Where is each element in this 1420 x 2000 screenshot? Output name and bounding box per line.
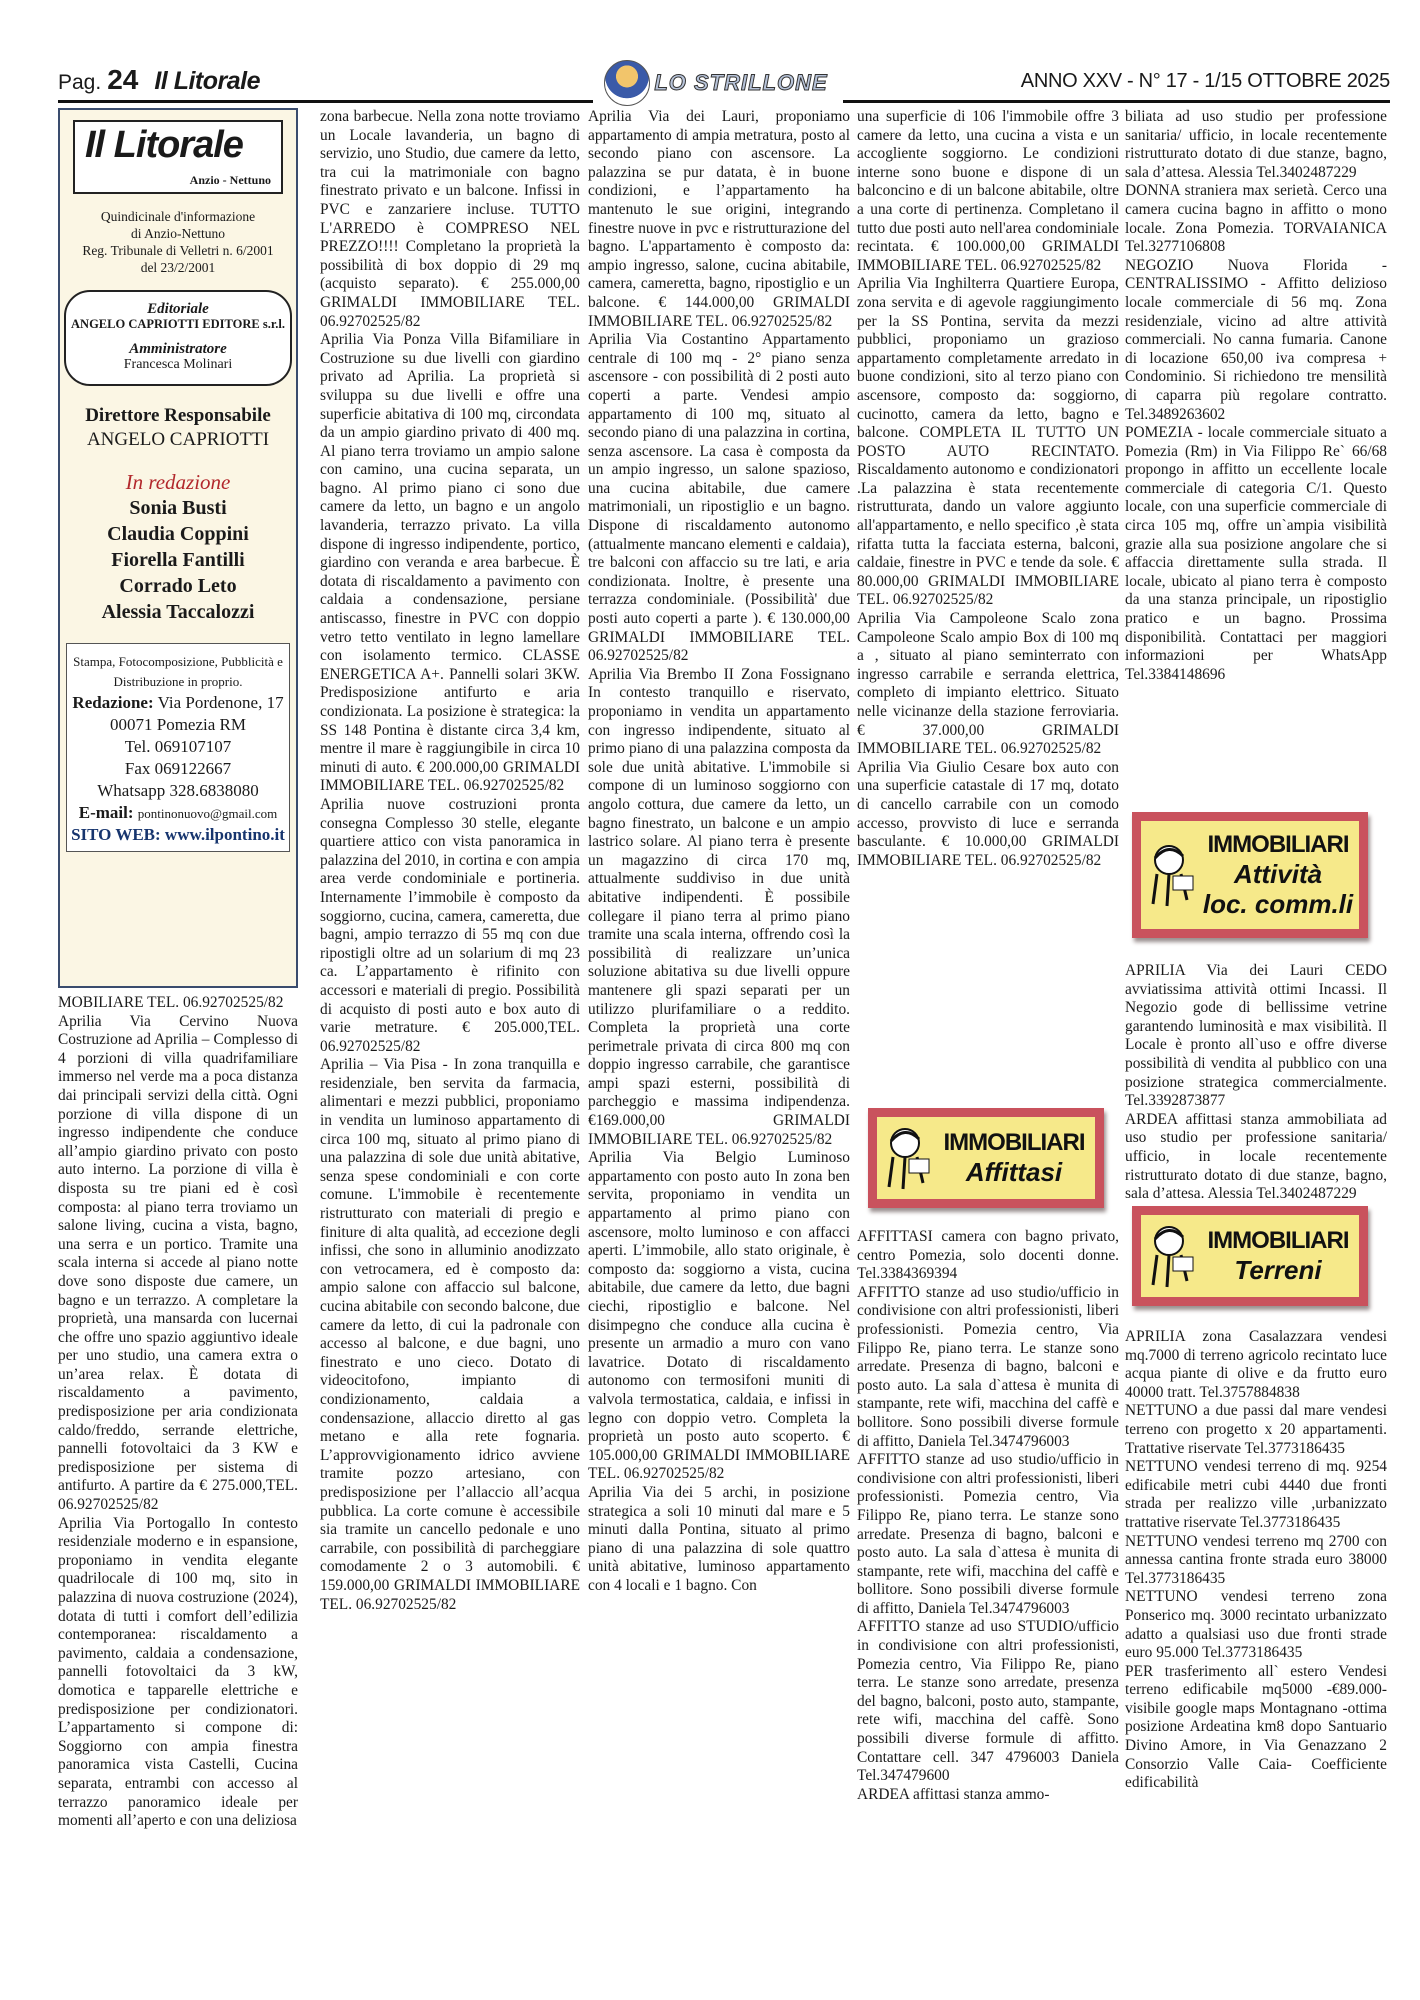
listing: Aprilia Via Campoleone Scalo zona Campol…	[857, 610, 1119, 759]
listing: NETTUNO vendesi terreno mq 2700 con anne…	[1125, 1533, 1387, 1589]
listing: PER trasferimento all` estero Vendesi te…	[1125, 1663, 1387, 1793]
banner-subtitle: Attività	[1197, 859, 1359, 889]
listing: Aprilia Via Brembo II Zona Fossignano In…	[588, 666, 850, 1149]
redazione-label: In redazione	[60, 470, 296, 495]
email-line: E-mail: pontinonuovo@gmail.com	[69, 802, 287, 825]
listing: AFFITTO stanze ad uso studio/ufficio in …	[857, 1451, 1119, 1618]
column-5-attivita: APRILIA Via dei Lauri CEDO avviatissima …	[1125, 962, 1387, 1204]
listing: Aprilia Via Portogallo In contesto resid…	[58, 1515, 298, 1831]
listing: AFFITTO stanze ad uso studio/ufficio in …	[857, 1284, 1119, 1451]
banner-attivita: IMMOBILIARIAttivitàloc. comm.li	[1132, 812, 1368, 938]
amministratore-label: Amministratore	[66, 342, 290, 357]
listing: zona barbecue. Nella zona notte troviamo…	[320, 108, 580, 331]
listing: Aprilia – Via Pisa - In zona tranquilla …	[320, 1056, 580, 1614]
email-label: E-mail:	[79, 803, 134, 822]
editoriale-label: Editoriale	[66, 302, 290, 317]
page-number: 24	[107, 64, 138, 96]
column-5-terreni: APRILIA zona Casalazzara vendesi mq.7000…	[1125, 1328, 1387, 1793]
listing: APRILIA Via dei Lauri CEDO avviatissima …	[1125, 962, 1387, 1111]
listing: Aprilia Via Cervino Nuova Costruzione ad…	[58, 1013, 298, 1515]
listing: Aprilia Via Inghilterra Quartiere Europa…	[857, 275, 1119, 610]
column-2: zona barbecue. Nella zona notte troviamo…	[320, 108, 580, 1614]
info-line: Quindicinale d'informazione	[60, 208, 296, 225]
masthead-logo: Il Litorale Anzio - Nettuno	[73, 120, 283, 194]
contact-box: Stampa, Fotocomposizione, Pubblicità e D…	[66, 643, 290, 852]
listing: POMEZIA - locale commerciale situato a P…	[1125, 424, 1387, 684]
direttore-name: ANGELO CAPRIOTTI	[60, 428, 296, 452]
direttore-block: Direttore Responsabile ANGELO CAPRIOTTI	[60, 404, 296, 452]
address: Via Pordenone, 17	[158, 693, 284, 712]
listing: ARDEA affittasi stanza ammobiliata ad us…	[1125, 1111, 1387, 1204]
amministratore-name: Francesca Molinari	[66, 357, 290, 372]
redattore: Alessia Taccalozzi	[60, 599, 296, 625]
info-line: del 23/2/2001	[60, 259, 296, 276]
listing: ARDEA affittasi stanza ammo-	[857, 1786, 1119, 1805]
listing: DONNA straniera max serietà. Cerco una c…	[1125, 182, 1387, 256]
listing: Aprilia Via dei 5 archi, in posizione st…	[588, 1484, 850, 1596]
info-line: di Anzio-Nettuno	[60, 225, 296, 242]
issue-info: ANNO XXV - N° 17 - 1/15 OTTOBRE 2025	[1021, 70, 1390, 93]
redattore: Corrado Leto	[60, 573, 296, 599]
editore-name: ANGELO CAPRIOTTI EDITORE s.r.l.	[66, 317, 290, 332]
redattore: Fiorella Fantilli	[60, 547, 296, 573]
listing: Aprilia Via Costantino Appartamento cent…	[588, 331, 850, 666]
listing: una superficie di 106 l'immobile offre 3…	[857, 108, 1119, 275]
publisher-box: Editoriale ANGELO CAPRIOTTI EDITORE s.r.…	[64, 290, 292, 386]
newsboy-mascot-icon	[1143, 840, 1197, 910]
masthead-logo-title: Il Litorale	[85, 124, 243, 167]
banner-title: IMMOBILIARI	[933, 1129, 1095, 1157]
listing: NETTUNO vendesi terreno zona Ponserico m…	[1125, 1588, 1387, 1662]
city: 00071 Pomezia RM	[69, 714, 287, 736]
fax: Fax 069122667	[69, 758, 287, 780]
newsboy-mascot-icon	[604, 60, 650, 106]
column-5: biliata ad uso studio per professione sa…	[1125, 108, 1387, 684]
redazione-list: Sonia Busti Claudia Coppini Fiorella Fan…	[60, 495, 296, 625]
direttore-label: Direttore Responsabile	[60, 404, 296, 428]
redazione-address-label: Redazione:	[72, 693, 153, 712]
tel: Tel. 069107107	[69, 736, 287, 758]
listing: Aprilia Via Belgio Luminoso appartamento…	[588, 1149, 850, 1484]
lo-strillone-logo: LO STRILLONE	[596, 60, 836, 106]
banner-title: IMMOBILIARI	[1197, 831, 1359, 859]
column-4-affittasi: AFFITTASI camera con bagno privato, cent…	[857, 1228, 1119, 1804]
listing: NETTUNO vendesi terreno di mq. 9254 edif…	[1125, 1458, 1387, 1532]
page-label: Pag.	[58, 71, 101, 95]
newsboy-mascot-icon	[1143, 1221, 1197, 1291]
whatsapp: Whatsapp 328.6838080	[69, 780, 287, 802]
listing: AFFITTO stanze ad uso STUDIO/ufficio in …	[857, 1618, 1119, 1785]
column-1: MOBILIARE TEL. 06.92702525/82 Aprilia Vi…	[58, 994, 298, 1831]
website-link[interactable]: SITO WEB: www.ilpontino.it	[69, 825, 287, 845]
banner-terreni: IMMOBILIARITerreni	[1132, 1206, 1368, 1306]
info-line: Reg. Tribunale di Velletri n. 6/2001	[60, 242, 296, 259]
column-4: una superficie di 106 l'immobile offre 3…	[857, 108, 1119, 870]
redazione-address: Redazione: Via Pordenone, 17	[69, 692, 287, 714]
listing: MOBILIARE TEL. 06.92702525/82	[58, 994, 298, 1013]
masthead-logo-subtitle: Anzio - Nettuno	[190, 173, 271, 188]
banner-subtitle: Terreni	[1197, 1255, 1359, 1285]
banner-subtitle: Affittasi	[933, 1157, 1095, 1187]
redattore: Claudia Coppini	[60, 521, 296, 547]
header-rule-left	[58, 100, 593, 103]
masthead-box: Il Litorale Anzio - Nettuno Quindicinale…	[58, 108, 298, 988]
header-rule-right	[843, 100, 1390, 103]
column-3: Aprilia Via dei Lauri, proponiamo appart…	[588, 108, 850, 1596]
listing: AFFITTASI camera con bagno privato, cent…	[857, 1228, 1119, 1284]
newspaper-title: Il Litorale	[154, 67, 260, 96]
banner-affittasi: IMMOBILIARIAffittasi	[868, 1108, 1104, 1208]
logo-text: LO STRILLONE	[654, 70, 827, 96]
listing: Aprilia Via dei Lauri, proponiamo appart…	[588, 108, 850, 331]
page-label-group: Pag. 24 Il Litorale	[58, 64, 260, 96]
email-link[interactable]: pontinonuovo@gmail.com	[138, 806, 277, 821]
stampa-note: Stampa, Fotocomposizione, Pubblicità e D…	[69, 652, 287, 692]
listing: biliata ad uso studio per professione sa…	[1125, 108, 1387, 182]
listing: NETTUNO a due passi dal mare vendesi ter…	[1125, 1402, 1387, 1458]
listing: APRILIA zona Casalazzara vendesi mq.7000…	[1125, 1328, 1387, 1402]
listing: Aprilia Via Giulio Cesare box auto con u…	[857, 759, 1119, 871]
listing: Aprilia nuove costruzioni pronta consegn…	[320, 796, 580, 1056]
masthead-info: Quindicinale d'informazione di Anzio-Net…	[60, 208, 296, 276]
banner-title: IMMOBILIARI	[1197, 1227, 1359, 1255]
listing: NEGOZIO Nuova Florida - CENTRALISSIMO - …	[1125, 257, 1387, 424]
listing: Aprilia Via Ponza Villa Bifamiliare in C…	[320, 331, 580, 796]
redattore: Sonia Busti	[60, 495, 296, 521]
banner-subtitle-2: loc. comm.li	[1197, 889, 1359, 919]
newsboy-mascot-icon	[879, 1123, 933, 1193]
